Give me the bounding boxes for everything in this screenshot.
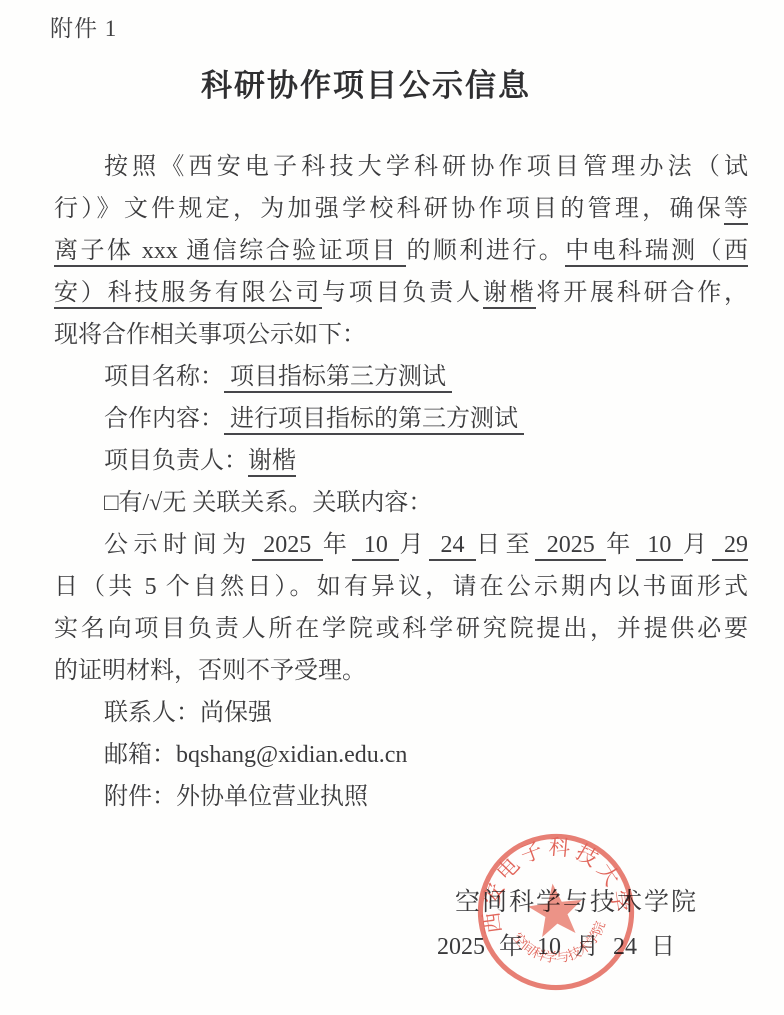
text-line: 实名向项目负责人所在学院或科学研究院提出，并提供必要 xyxy=(54,608,748,650)
text-segment: 公示时间为 xyxy=(104,532,252,558)
underlined-text: 谢楷 xyxy=(483,280,537,309)
text-line: 安）科技服务有限公司与项目负责人谢楷将开展科研合作， xyxy=(54,272,748,314)
text-segment: 附件：外协单位营业执照 xyxy=(104,784,368,810)
text-segment: 邮箱：bqshang@xidian.edu.cn xyxy=(104,742,407,768)
text-line: 邮箱：bqshang@xidian.edu.cn xyxy=(54,734,748,776)
text-line: 联系人：尚保强 xyxy=(54,692,748,734)
text-segment: 日至 xyxy=(476,532,535,558)
text-line: 的证明材料，否则不予受理。 xyxy=(54,650,748,692)
underlined-text: 10 xyxy=(352,532,399,561)
underlined-text: 项目指标第三方测试 xyxy=(224,364,452,393)
text-segment: 实名向项目负责人所在学院或科学研究院提出，并提供必要 xyxy=(54,616,748,642)
underlined-text: 进行项目指标的第三方测试 xyxy=(224,406,524,435)
text-segment: 项目负责人： xyxy=(104,448,248,474)
attachment-label: 附件 1 xyxy=(50,10,117,43)
underlined-text: 24 xyxy=(429,532,476,561)
text-segment: 日（共 5 个自然日）。如有异议，请在公示期内以书面形式 xyxy=(54,574,748,600)
text-segment: 联系人：尚保强 xyxy=(104,700,272,726)
text-segment: 年 xyxy=(606,532,636,558)
underlined-text: 离子体 xxx 通信综合验证项目 xyxy=(54,238,406,267)
scanned-document-page: 附件 1 科研协作项目公示信息 按照《西安电子科技大学科研协作项目管理办法（试行… xyxy=(0,0,784,1015)
text-line: 行）》文件规定，为加强学校科研协作项目的管理，确保等 xyxy=(54,188,748,230)
text-segment: 与项目负责人 xyxy=(322,280,483,306)
text-line: □有/√无 关联关系。关联内容： xyxy=(54,482,748,524)
text-segment: 项目名称： xyxy=(104,364,224,390)
text-segment: □有/√无 关联关系。关联内容： xyxy=(104,490,432,516)
text-segment: 的证明材料，否则不予受理。 xyxy=(54,658,366,684)
text-segment: 的顺利进行。 xyxy=(406,238,565,264)
text-segment: 按照《西安电子科技大学科研协作项目管理办法（试 xyxy=(104,154,748,180)
text-line: 离子体 xxx 通信综合验证项目 的顺利进行。中电科瑞测（西 xyxy=(54,230,748,272)
seal-ring-text: 西安电子科技大学 xyxy=(471,826,634,935)
text-line: 项目名称： 项目指标第三方测试 xyxy=(54,356,748,398)
text-line: 现将合作相关事项公示如下： xyxy=(54,314,748,356)
signature-organization: 空间科学与技术学院 xyxy=(455,882,698,918)
text-segment: 月 xyxy=(683,532,713,558)
underlined-text: 2025 xyxy=(252,532,323,561)
text-segment: 年 xyxy=(323,532,353,558)
page-title: 科研协作项目公示信息 xyxy=(0,60,758,105)
document-body: 按照《西安电子科技大学科研协作项目管理办法（试行）》文件规定，为加强学校科研协作… xyxy=(54,146,748,818)
underlined-text: 谢楷 xyxy=(248,448,296,477)
signature-date: 2025 年 10 月 24 日 xyxy=(437,926,675,961)
text-segment: 合作内容： xyxy=(104,406,224,432)
underlined-text: 10 xyxy=(636,532,683,561)
text-line: 附件：外协单位营业执照 xyxy=(54,776,748,818)
underlined-text: 等 xyxy=(724,196,748,225)
text-line: 合作内容： 进行项目指标的第三方测试 xyxy=(54,398,748,440)
text-segment: 将开展科研合作， xyxy=(536,280,748,306)
text-segment: 现将合作相关事项公示如下： xyxy=(54,322,366,348)
underlined-text: 中电科瑞测（西 xyxy=(565,238,748,267)
underlined-text: 29 xyxy=(712,532,748,561)
text-line: 按照《西安电子科技大学科研协作项目管理办法（试 xyxy=(54,146,748,188)
text-line: 项目负责人：谢楷 xyxy=(54,440,748,482)
text-segment: 月 xyxy=(399,532,429,558)
text-segment: 行）》文件规定，为加强学校科研协作项目的管理，确保 xyxy=(54,196,724,222)
underlined-text: 2025 xyxy=(535,532,606,561)
text-line: 公示时间为 2025 年 10 月 24 日至 2025 年 10 月 29 xyxy=(54,524,748,566)
underlined-text: 安）科技服务有限公司 xyxy=(54,280,322,309)
text-line: 日（共 5 个自然日）。如有异议，请在公示期内以书面形式 xyxy=(54,566,748,608)
